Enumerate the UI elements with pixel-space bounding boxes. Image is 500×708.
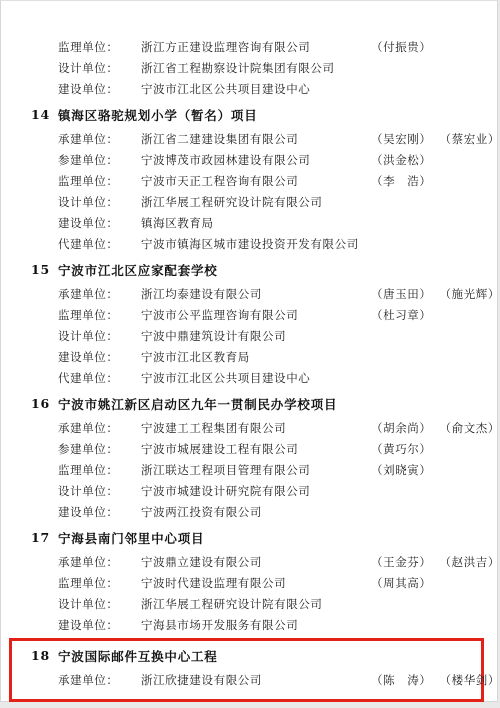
unit-role-label: 设计单位：: [58, 328, 141, 344]
unit-person-names: （王金芬）（赵洪吉）: [371, 551, 500, 572]
project-list: 14 镇海区骆驼规划小学（暂名）项目 承建单位： 浙江省二建建设集团有限公司 （…: [1, 104, 497, 702]
project-rows: 承建单位： 宁波建工工程集团有限公司 （胡余尚）（俞文杰） 参建单位： 宁波市城…: [1, 417, 497, 522]
project-number: 14: [31, 107, 58, 122]
person-name: （陈 涛）: [371, 672, 432, 688]
unit-role-label: 设计单位：: [58, 194, 141, 210]
unit-row: 建设单位： 宁波两江投资有限公司: [1, 501, 497, 522]
unit-row: 建设单位： 宁波市江北区公共项目建设中心: [1, 78, 497, 99]
unit-row: 承建单位： 宁波鼎立建设有限公司 （王金芬）（赵洪吉）: [1, 551, 497, 572]
unit-company-name: 浙江省工程勘察设计院集团有限公司: [141, 60, 335, 76]
unit-company-name: 浙江均泰建设有限公司: [141, 286, 262, 302]
unit-row: 参建单位： 宁波博茂市政园林建设有限公司 （洪金松）: [1, 149, 497, 170]
unit-person-names: （杜习章）: [371, 304, 432, 325]
unit-row: 建设单位： 宁波市江北区教育局: [1, 346, 497, 367]
page-content: 监理单位： 浙江方正建设监理咨询有限公司 （付振贵） 设计单位： 浙江省工程勘察…: [1, 1, 497, 702]
project-rows: 承建单位： 浙江省二建建设集团有限公司 （吴宏刚）（蔡宏业） 参建单位： 宁波博…: [1, 128, 497, 254]
unit-row: 监理单位： 宁波市公平监理咨询有限公司 （杜习章）: [1, 304, 497, 325]
unit-company-name: 镇海区教育局: [141, 215, 214, 231]
person-name: （杜习章）: [371, 307, 432, 323]
unit-company-name: 宁波市江北区公共项目建设中心: [141, 81, 310, 97]
unit-row: 承建单位： 浙江欣捷建设有限公司 （陈 涛）（楼华剑）: [12, 669, 481, 690]
unit-role-label: 代建单位：: [58, 236, 141, 252]
person-name: （刘晓寅）: [371, 462, 432, 478]
project-rows: 承建单位： 宁波鼎立建设有限公司 （王金芬）（赵洪吉） 监理单位： 宁波时代建设…: [1, 551, 497, 635]
project-number: 16: [31, 396, 58, 411]
unit-role-label: 承建单位：: [58, 286, 141, 302]
unit-company-name: 浙江联达工程项目管理有限公司: [141, 462, 310, 478]
unit-role-label: 承建单位：: [58, 131, 141, 147]
unit-company-name: 宁波建工工程集团有限公司: [141, 420, 286, 436]
project-heading: 17 宁海县南门邻里中心项目: [1, 527, 497, 548]
unit-role-label: 监理单位：: [58, 39, 141, 55]
person-name: （唐玉田）: [371, 286, 432, 302]
unit-company-name: 宁波市江北区公共项目建设中心: [141, 370, 310, 386]
person-name: （俞文杰）: [440, 420, 500, 436]
unit-row: 参建单位： 宁波市城展建设工程有限公司 （黄巧尔）: [1, 438, 497, 459]
unit-role-label: 监理单位：: [58, 173, 141, 189]
person-name: （吴宏刚）: [371, 131, 432, 147]
unit-role-label: 参建单位：: [58, 441, 141, 457]
project-section: 17 宁海县南门邻里中心项目 承建单位： 宁波鼎立建设有限公司 （王金芬）（赵洪…: [1, 527, 497, 635]
person-name: （付振贵）: [371, 39, 432, 55]
unit-row: 建设单位： 宁海县市场开发服务有限公司: [1, 614, 497, 635]
unit-person-names: （唐玉田）（施光辉）: [371, 283, 500, 304]
unit-company-name: 宁波两江投资有限公司: [141, 504, 262, 520]
unit-person-names: （周其高）: [371, 572, 432, 593]
person-name: （赵洪吉）: [440, 554, 500, 570]
project-title: 镇海区骆驼规划小学（暂名）项目: [58, 106, 258, 124]
unit-row: 建设单位： 镇海区教育局: [1, 212, 497, 233]
project-title: 宁波市姚江新区启动区九年一贯制民办学校项目: [58, 395, 337, 413]
unit-company-name: 宁波时代建设监理有限公司: [141, 575, 286, 591]
person-name: （李 浩）: [371, 173, 432, 189]
unit-person-names: （付振贵）: [371, 36, 432, 57]
unit-row: 设计单位： 宁波市城建设计研究院有限公司: [1, 480, 497, 501]
project-section: 14 镇海区骆驼规划小学（暂名）项目 承建单位： 浙江省二建建设集团有限公司 （…: [1, 104, 497, 254]
person-name: （施光辉）: [440, 286, 500, 302]
unit-company-name: 浙江华展工程研究设计院有限公司: [141, 194, 323, 210]
unit-role-label: 参建单位：: [58, 152, 141, 168]
document-page: 监理单位： 浙江方正建设监理咨询有限公司 （付振贵） 设计单位： 浙江省工程勘察…: [0, 0, 498, 702]
unit-row: 代建单位： 宁波市镇海区城市建设投资开发有限公司: [1, 233, 497, 254]
unit-role-label: 承建单位：: [58, 554, 141, 570]
unit-role-label: 设计单位：: [58, 60, 141, 76]
person-name: （黄巧尔）: [371, 441, 432, 457]
unit-company-name: 浙江欣捷建设有限公司: [141, 672, 262, 688]
unit-role-label: 监理单位：: [58, 575, 141, 591]
unit-row: 承建单位： 浙江均泰建设有限公司 （唐玉田）（施光辉）: [1, 283, 497, 304]
project-section: 16 宁波市姚江新区启动区九年一贯制民办学校项目 承建单位： 宁波建工工程集团有…: [1, 393, 497, 522]
unit-role-label: 代建单位：: [58, 370, 141, 386]
project-heading: 15 宁波市江北区应家配套学校: [1, 259, 497, 280]
unit-role-label: 监理单位：: [58, 462, 141, 478]
project-number: 17: [31, 530, 58, 545]
unit-row: 承建单位： 宁波建工工程集团有限公司 （胡余尚）（俞文杰）: [1, 417, 497, 438]
person-name: （王金芬）: [371, 554, 432, 570]
unit-role-label: 承建单位：: [58, 672, 141, 688]
unit-company-name: 宁波市镇海区城市建设投资开发有限公司: [141, 236, 359, 252]
person-name: （周其高）: [371, 575, 432, 591]
unit-company-name: 浙江华展工程研究设计院有限公司: [141, 596, 323, 612]
unit-person-names: （洪金松）: [371, 149, 432, 170]
unit-person-names: （黄巧尔）: [371, 438, 432, 459]
person-name: （蔡宏业）: [440, 131, 500, 147]
unit-person-names: （刘晓寅）: [371, 459, 432, 480]
continuation-rows: 监理单位： 浙江方正建设监理咨询有限公司 （付振贵） 设计单位： 浙江省工程勘察…: [1, 36, 497, 99]
unit-person-names: （吴宏刚）（蔡宏业）: [371, 128, 500, 149]
unit-role-label: 建设单位：: [58, 81, 141, 97]
unit-row: 设计单位： 浙江省工程勘察设计院集团有限公司: [1, 57, 497, 78]
unit-row: 设计单位： 浙江华展工程研究设计院有限公司: [1, 593, 497, 614]
project-heading: 18 宁波国际邮件互换中心工程: [12, 645, 481, 666]
unit-person-names: （李 浩）: [371, 170, 432, 191]
project-number: 18: [31, 648, 58, 663]
unit-role-label: 设计单位：: [58, 483, 141, 499]
unit-role-label: 承建单位：: [58, 420, 141, 436]
project-title: 宁海县南门邻里中心项目: [58, 529, 204, 547]
unit-company-name: 宁波中鼎建筑设计有限公司: [141, 328, 286, 344]
unit-company-name: 宁波博茂市政园林建设有限公司: [141, 152, 310, 168]
unit-company-name: 宁波市江北区教育局: [141, 349, 250, 365]
unit-row: 设计单位： 浙江华展工程研究设计院有限公司: [1, 191, 497, 212]
project-title: 宁波国际邮件互换中心工程: [58, 647, 218, 665]
unit-role-label: 建设单位：: [58, 215, 141, 231]
person-name: （楼华剑）: [440, 672, 500, 688]
unit-person-names: （胡余尚）（俞文杰）: [371, 417, 500, 438]
project-rows: 承建单位： 浙江欣捷建设有限公司 （陈 涛）（楼华剑）: [12, 669, 481, 690]
unit-row: 监理单位： 浙江联达工程项目管理有限公司 （刘晓寅）: [1, 459, 497, 480]
project-title: 宁波市江北区应家配套学校: [58, 261, 218, 279]
unit-company-name: 宁波市天正工程咨询有限公司: [141, 173, 298, 189]
unit-role-label: 建设单位：: [58, 349, 141, 365]
project-heading: 16 宁波市姚江新区启动区九年一贯制民办学校项目: [1, 393, 497, 414]
project-section-highlighted: 18 宁波国际邮件互换中心工程 承建单位： 浙江欣捷建设有限公司 （陈 涛）（楼…: [9, 638, 484, 702]
person-name: （洪金松）: [371, 152, 432, 168]
unit-company-name: 宁波鼎立建设有限公司: [141, 554, 262, 570]
unit-row: 承建单位： 浙江省二建建设集团有限公司 （吴宏刚）（蔡宏业）: [1, 128, 497, 149]
unit-company-name: 宁波市城展建设工程有限公司: [141, 441, 298, 457]
unit-company-name: 浙江省二建建设集团有限公司: [141, 131, 298, 147]
unit-row: 监理单位： 宁波市天正工程咨询有限公司 （李 浩）: [1, 170, 497, 191]
unit-row: 设计单位： 宁波中鼎建筑设计有限公司: [1, 325, 497, 346]
person-name: （胡余尚）: [371, 420, 432, 436]
unit-role-label: 建设单位：: [58, 504, 141, 520]
project-number: 15: [31, 262, 58, 277]
unit-role-label: 建设单位：: [58, 617, 141, 633]
unit-company-name: 浙江方正建设监理咨询有限公司: [141, 39, 310, 55]
unit-company-name: 宁海县市场开发服务有限公司: [141, 617, 298, 633]
unit-company-name: 宁波市城建设计研究院有限公司: [141, 483, 310, 499]
project-section: 15 宁波市江北区应家配套学校 承建单位： 浙江均泰建设有限公司 （唐玉田）（施…: [1, 259, 497, 388]
unit-company-name: 宁波市公平监理咨询有限公司: [141, 307, 298, 323]
unit-row: 监理单位： 宁波时代建设监理有限公司 （周其高）: [1, 572, 497, 593]
unit-row: 监理单位： 浙江方正建设监理咨询有限公司 （付振贵）: [1, 36, 497, 57]
unit-role-label: 监理单位：: [58, 307, 141, 323]
project-heading: 14 镇海区骆驼规划小学（暂名）项目: [1, 104, 497, 125]
project-rows: 承建单位： 浙江均泰建设有限公司 （唐玉田）（施光辉） 监理单位： 宁波市公平监…: [1, 283, 497, 388]
unit-row: 代建单位： 宁波市江北区公共项目建设中心: [1, 367, 497, 388]
unit-person-names: （陈 涛）（楼华剑）: [371, 669, 500, 690]
unit-role-label: 设计单位：: [58, 596, 141, 612]
